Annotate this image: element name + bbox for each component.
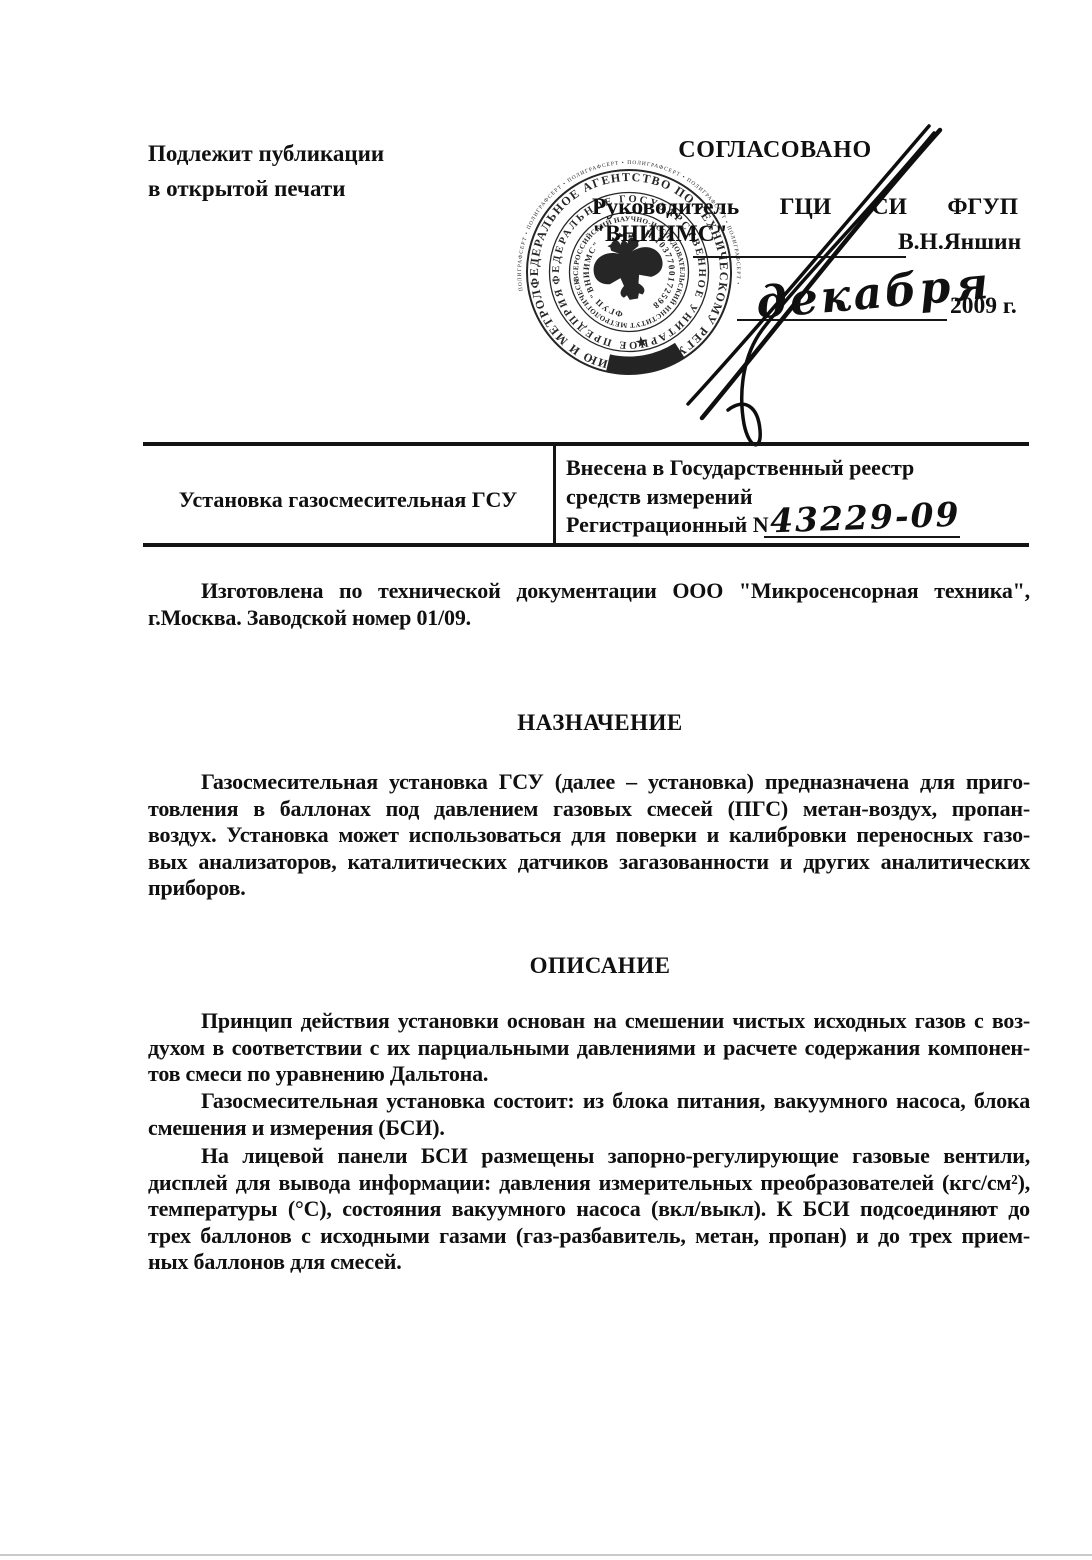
text-line: духом в соответствии с их парциальными д…: [148, 1035, 1030, 1062]
text-line: Внесена в Государственный реестр: [566, 453, 1026, 482]
official-stamp: ПОЛИГРАФСЕРТ • ПОЛИГРАФСЕРТ • ПОЛИГРАФСЕ…: [511, 154, 747, 390]
registration-label: Регистрационный N: [566, 512, 769, 538]
publication-note-line: Подлежит публикации: [148, 136, 384, 171]
text-line: приборов.: [148, 875, 1030, 902]
manufacture-paragraph: Изготовлена по технической документации …: [148, 578, 1030, 631]
text-line: трех баллонов с исходными газами (газ-ра…: [148, 1223, 1030, 1250]
text-line: дисплей для вывода информации: давления …: [148, 1170, 1030, 1197]
date-year: 2009 г.: [950, 293, 1017, 320]
text-line: смешения и измерения (БСИ).: [148, 1115, 1030, 1142]
text-line: температуры (°С), состояния вакуумного н…: [148, 1196, 1030, 1223]
description-paragraph-3: На лицевой панели БСИ размещены запорно-…: [148, 1143, 1030, 1276]
approver-name: В.Н.Яншин: [898, 229, 1021, 256]
text-line: Газосмесительная установка ГСУ (далее – …: [148, 769, 1030, 796]
text-line: Изготовлена по технической документации …: [148, 578, 1030, 605]
table-top-rule: [143, 442, 1029, 446]
signature-line: [693, 256, 906, 258]
table-cell-device-name: Установка газосмесительная ГСУ: [143, 487, 553, 513]
stamp-bottom-bar: [608, 350, 681, 370]
official-stamp-graphic: ПОЛИГРАФСЕРТ • ПОЛИГРАФСЕРТ • ПОЛИГРАФСЕ…: [511, 154, 747, 390]
section-heading-purpose: НАЗНАЧЕНИЕ: [157, 710, 1043, 736]
table-divider: [553, 442, 556, 547]
star-icon: ★: [633, 334, 649, 352]
description-paragraph-1: Принцип действия установки основан на см…: [148, 1008, 1030, 1088]
text-line: ных баллонов для смесей.: [148, 1249, 1030, 1276]
handwritten-registration-number: 43229-09: [769, 495, 961, 541]
description-paragraph-2: Газосмесительная установка состоит: из б…: [148, 1088, 1030, 1141]
text-line: вых анализаторов, каталитических датчико…: [148, 849, 1030, 876]
text-line: Принцип действия установки основан на см…: [148, 1008, 1030, 1035]
text-line: На лицевой панели БСИ размещены запорно-…: [148, 1143, 1030, 1170]
text-line: Газосмесительная установка состоит: из б…: [148, 1088, 1030, 1115]
text-line: тов смеси по уравнению Дальтона.: [148, 1061, 1030, 1088]
publication-note-line: в открытой печати: [148, 171, 384, 206]
section-heading-description: ОПИСАНИЕ: [157, 953, 1043, 979]
text-line: товления в баллонах под давлением газовы…: [148, 796, 1030, 823]
text-line: воздух. Установка может использоваться д…: [148, 822, 1030, 849]
purpose-paragraph: Газосмесительная установка ГСУ (далее – …: [148, 769, 1030, 902]
scan-edge-line: [0, 1554, 1092, 1556]
publication-note: Подлежит публикации в открытой печати: [148, 136, 384, 206]
table-bottom-rule: [143, 543, 1029, 547]
document-page: { "page": { "background": "#ffffff", "in…: [0, 0, 1092, 1560]
text-line: г.Москва. Заводской номер 01/09.: [148, 605, 1030, 632]
